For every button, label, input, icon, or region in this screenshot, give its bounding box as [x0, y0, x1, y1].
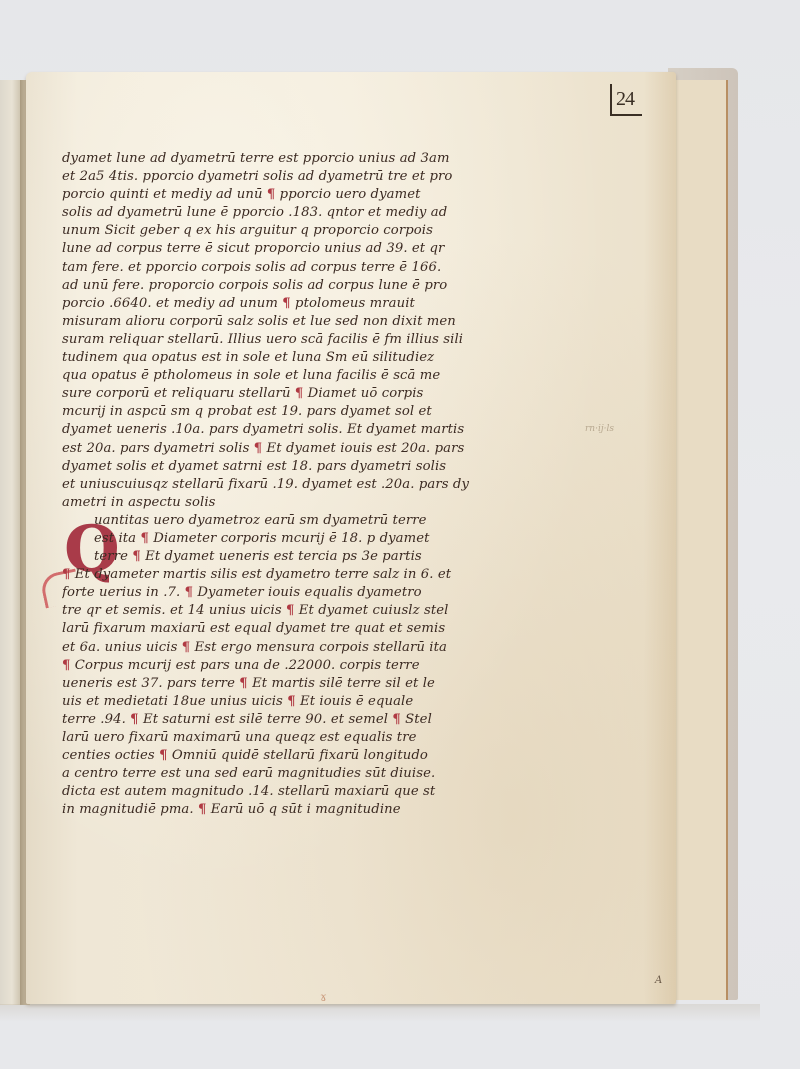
- text-segment: et 6a. unius uicis: [62, 640, 182, 655]
- text-line: suram reliquar stellarū. Illius uero scā…: [62, 331, 582, 349]
- text-line: est 20a. pars dyametri solis ¶ Et dyamet…: [62, 440, 582, 458]
- text-segment: a centro terre est una sed earū magnitud…: [62, 766, 435, 781]
- text-segment: est ita: [94, 531, 140, 546]
- text-line: in magnitudiē pma. ¶ Earū uō q sūt i mag…: [62, 801, 582, 819]
- text-segment: suram reliquar stellarū. Illius uero scā…: [62, 332, 463, 347]
- text-line: misuram alioru corporū salz solis et lue…: [62, 313, 582, 331]
- text-segment: misuram alioru corporū salz solis et lue…: [62, 314, 456, 329]
- text-segment: forte uerius in .7.: [62, 585, 185, 600]
- text-line: ¶ Et dyameter martis silis est dyametro …: [62, 566, 582, 584]
- text-segment: est 20a. pars dyametri solis: [62, 441, 254, 456]
- paragraph-mark-icon: ¶: [132, 549, 141, 564]
- text-segment: Et martis silē terre sil et le: [248, 676, 435, 691]
- text-segment: porcio .6640. et mediy ad unum: [62, 296, 282, 311]
- text-line: ¶ Corpus mcurij est pars una de .22000. …: [62, 657, 582, 675]
- text-segment: tam fere. et pporcio corpois solis ad co…: [62, 260, 441, 275]
- text-segment: solis ad dyametrū lune ē pporcio .183. q…: [62, 205, 447, 220]
- page-shadow: [0, 1004, 760, 1022]
- text-segment: terre .94.: [62, 712, 130, 727]
- manuscript-text: dyamet lune ad dyametrū terre est pporci…: [62, 150, 582, 819]
- text-segment: ptolomeus mrauit: [291, 296, 415, 311]
- page-stain: ɤ: [320, 990, 327, 1004]
- text-segment: ametri in aspectu solis: [62, 495, 216, 510]
- text-line: uantitas uero dyametroz earū sm dyametrū…: [62, 512, 582, 530]
- text-segment: Est ergo mensura corpois stellarū ita: [190, 640, 447, 655]
- text-line: centies octies ¶ Omniū quidē stellarū fi…: [62, 747, 582, 765]
- text-line: unum Sicit geber q ex his arguitur q pro…: [62, 222, 582, 240]
- text-segment: centies octies: [62, 748, 159, 763]
- text-segment: Earū uō q sūt i magnitudine: [206, 802, 400, 817]
- text-line: mcurij in aspcū sm q probat est 19. pars…: [62, 403, 582, 421]
- text-segment: larū uero fixarū maximarū una queqz est …: [62, 730, 417, 745]
- text-segment: dyamet lune ad dyametrū terre est pporci…: [62, 151, 450, 166]
- paragraph-mark-icon: ¶: [130, 712, 139, 727]
- text-segment: ueneris est 37. pars terre: [62, 676, 239, 691]
- text-line: qua opatus ē ptholomeus in sole et luna …: [62, 367, 582, 385]
- text-line: porcio .6640. et mediy ad unum ¶ ptolome…: [62, 295, 582, 313]
- text-line: terre ¶ Et dyamet ueneris est tercia ps …: [62, 548, 582, 566]
- paragraph-mark-icon: ¶: [392, 712, 401, 727]
- text-segment: Dyameter iouis equalis dyametro: [193, 585, 422, 600]
- text-line: et 6a. unius uicis ¶ Est ergo mensura co…: [62, 639, 582, 657]
- text-line: solis ad dyametrū lune ē pporcio .183. q…: [62, 204, 582, 222]
- text-line: ueneris est 37. pars terre ¶ Et martis s…: [62, 675, 582, 693]
- text-segment: mcurij in aspcū sm q probat est 19. pars…: [62, 404, 432, 419]
- text-segment: Diamet uō corpis: [303, 386, 423, 401]
- text-line: ad unū fere. proporcio corpois solis ad …: [62, 277, 582, 295]
- text-line: tam fere. et pporcio corpois solis ad co…: [62, 259, 582, 277]
- text-line: porcio quinti et mediy ad unū ¶ pporcio …: [62, 186, 582, 204]
- text-segment: et uniuscuiusqz stellarū fixarū .19. dya…: [62, 477, 469, 492]
- text-segment: porcio quinti et mediy ad unū: [62, 187, 267, 202]
- text-line: forte uerius in .7. ¶ Dyameter iouis equ…: [62, 584, 582, 602]
- text-line: larū fixarum maxiarū est equal dyamet tr…: [62, 620, 582, 638]
- text-line: a centro terre est una sed earū magnitud…: [62, 765, 582, 783]
- text-segment: Et dyamet ueneris est tercia ps 3e parti…: [141, 549, 422, 564]
- text-segment: Et saturni est silē terre 90. et semel: [139, 712, 393, 727]
- paragraph-mark-icon: ¶: [62, 567, 71, 582]
- signature-mark: A: [655, 975, 662, 986]
- text-segment: in magnitudiē pma.: [62, 802, 198, 817]
- text-line: sure corporū et reliquaru stellarū ¶ Dia…: [62, 385, 582, 403]
- text-line: tre qr et semis. et 14 unius uicis ¶ Et …: [62, 602, 582, 620]
- text-segment: uantitas uero dyametroz earū sm dyametrū…: [94, 513, 427, 528]
- text-segment: Stel: [401, 712, 432, 727]
- paragraph-mark-icon: ¶: [185, 585, 194, 600]
- text-segment: unum Sicit geber q ex his arguitur q pro…: [62, 223, 433, 238]
- text-line: et uniuscuiusqz stellarū fixarū .19. dya…: [62, 476, 582, 494]
- text-segment: Et dyamet cuiuslz stel: [294, 603, 448, 618]
- text-segment: tudinem qua opatus est in sole et luna S…: [62, 350, 434, 365]
- paragraph-mark-icon: ¶: [62, 658, 71, 673]
- text-segment: Et dyameter martis silis est dyametro te…: [71, 567, 452, 582]
- text-segment: Omniū quidē stellarū fixarū longitudo: [168, 748, 428, 763]
- text-line: est ita ¶ Diameter corporis mcurij ē 18.…: [62, 530, 582, 548]
- folio-number: 24: [610, 84, 642, 116]
- text-segment: lune ad corpus terre ē sicut proporcio u…: [62, 241, 444, 256]
- text-segment: larū fixarum maxiarū est equal dyamet tr…: [62, 621, 445, 636]
- text-segment: dyamet solis et dyamet satrni est 18. pa…: [62, 459, 446, 474]
- text-segment: pporcio uero dyamet: [275, 187, 420, 202]
- text-line: dyamet solis et dyamet satrni est 18. pa…: [62, 458, 582, 476]
- paragraph-mark-icon: ¶: [182, 640, 191, 655]
- text-line: tudinem qua opatus est in sole et luna S…: [62, 349, 582, 367]
- text-line: et 2a5 4tis. pporcio dyametri solis ad d…: [62, 168, 582, 186]
- text-segment: Et dyamet iouis est 20a. pars: [262, 441, 464, 456]
- text-segment: Corpus mcurij est pars una de .22000. co…: [71, 658, 420, 673]
- paragraph-mark-icon: ¶: [254, 441, 263, 456]
- text-segment: ad unū fere. proporcio corpois solis ad …: [62, 278, 447, 293]
- paragraph-mark-icon: ¶: [159, 748, 168, 763]
- text-line: dyamet ueneris .10a. pars dyametri solis…: [62, 421, 582, 439]
- text-segment: Et iouis ē equale: [296, 694, 414, 709]
- text-line: larū uero fixarū maximarū una queqz est …: [62, 729, 582, 747]
- marginal-note: rn·ij·ls: [585, 424, 614, 434]
- text-segment: Diameter corporis mcurij ē 18. p dyamet: [149, 531, 430, 546]
- text-segment: dicta est autem magnitudo .14. stellarū …: [62, 784, 435, 799]
- text-segment: sure corporū et reliquaru stellarū: [62, 386, 295, 401]
- text-line: dicta est autem magnitudo .14. stellarū …: [62, 783, 582, 801]
- paragraph-mark-icon: ¶: [287, 694, 296, 709]
- text-line: ametri in aspectu solis: [62, 494, 582, 512]
- text-segment: qua opatus ē ptholomeus in sole et luna …: [62, 368, 440, 383]
- text-line: lune ad corpus terre ē sicut proporcio u…: [62, 240, 582, 258]
- paragraph-mark-icon: ¶: [140, 531, 149, 546]
- text-segment: terre: [94, 549, 132, 564]
- text-line: uis et medietati 18ue unius uicis ¶ Et i…: [62, 693, 582, 711]
- text-line: dyamet lune ad dyametrū terre est pporci…: [62, 150, 582, 168]
- text-line: terre .94. ¶ Et saturni est silē terre 9…: [62, 711, 582, 729]
- text-segment: et 2a5 4tis. pporcio dyametri solis ad d…: [62, 169, 452, 184]
- page-edge: [718, 80, 728, 1000]
- paragraph-mark-icon: ¶: [239, 676, 248, 691]
- text-segment: dyamet ueneris .10a. pars dyametri solis…: [62, 422, 464, 437]
- text-segment: tre qr et semis. et 14 unius uicis: [62, 603, 286, 618]
- facing-left-page: [0, 80, 22, 1005]
- paragraph-mark-icon: ¶: [282, 296, 291, 311]
- text-segment: uis et medietati 18ue unius uicis: [62, 694, 287, 709]
